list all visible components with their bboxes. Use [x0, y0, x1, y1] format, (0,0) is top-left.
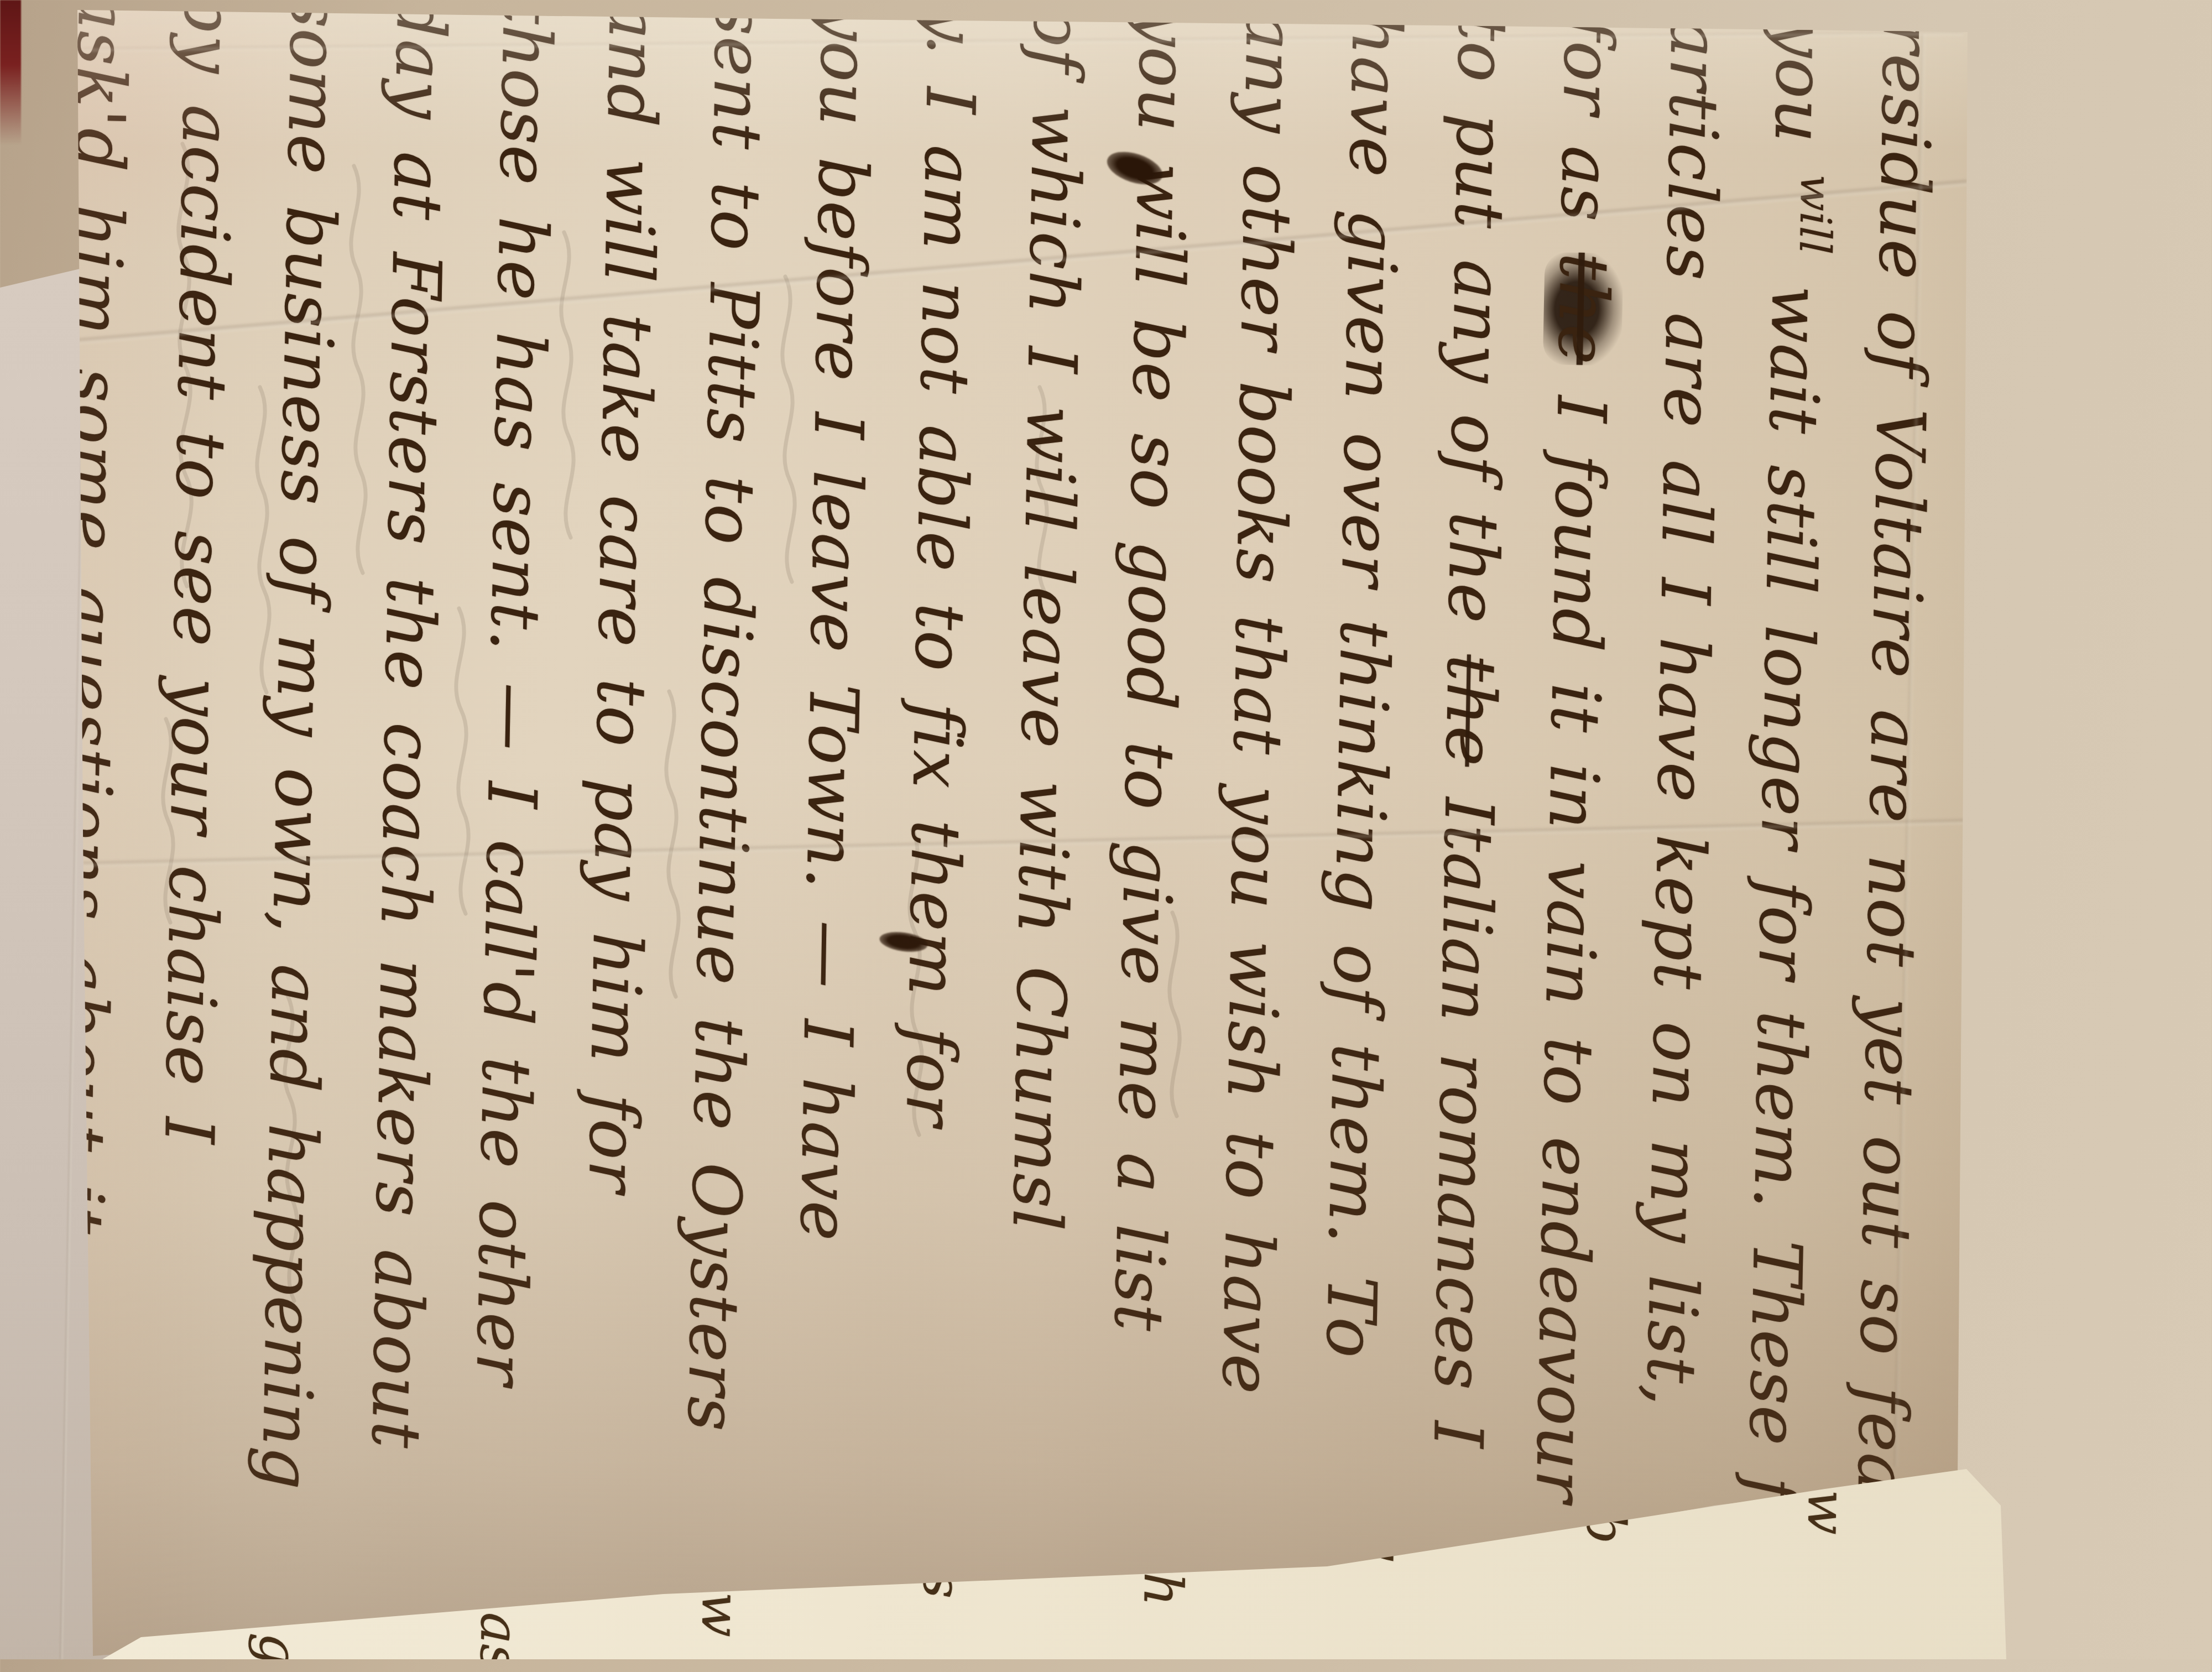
photo-background: residue of Voltaire are not yet out so f…	[0, 0, 2212, 1659]
under-page-text-fragment: w	[1796, 1489, 1858, 1535]
under-page-text-fragment: w	[690, 1591, 752, 1638]
red-object-edge	[0, 0, 21, 145]
under-page-text-fragment: as	[468, 1612, 531, 1659]
letter-page: residue of Voltaire are not yet out so f…	[0, 0, 2212, 1659]
letter-lines: residue of Voltaire are not yet out so f…	[19, 0, 1960, 1615]
under-page-text-fragment: g	[247, 1632, 310, 1659]
